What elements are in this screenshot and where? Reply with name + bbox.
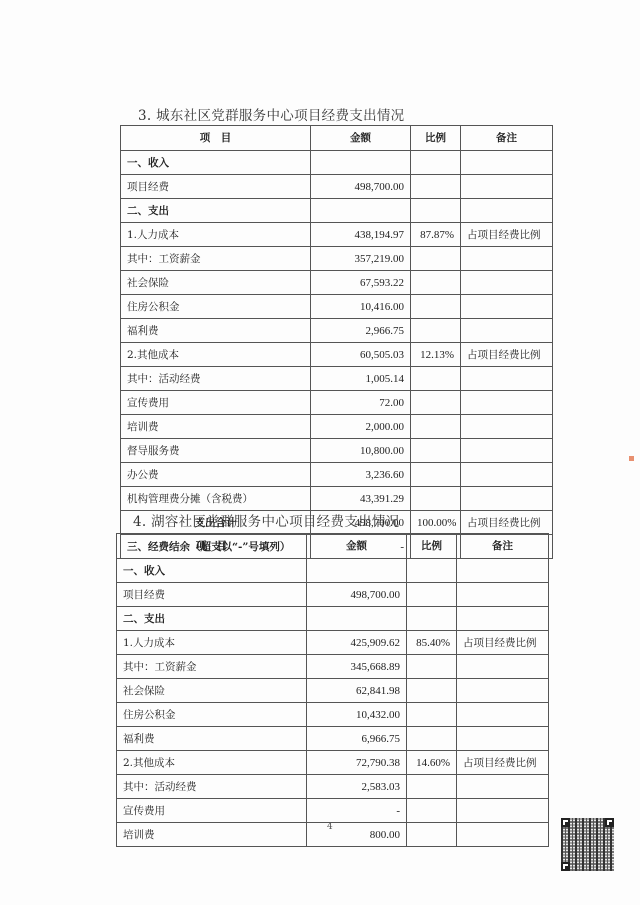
row-ratio <box>407 559 457 583</box>
row-note: 占项目经费比例 <box>461 511 553 535</box>
table-row: 机构管理费分摊（含税费）43,391.29 <box>121 487 553 511</box>
row-note <box>457 703 549 727</box>
table-row: 一、收入 <box>117 559 549 583</box>
row-amount: 3,236.60 <box>311 463 411 487</box>
qr-finder-icon <box>605 818 614 827</box>
row-item: 宣传费用 <box>121 391 311 415</box>
section-3-expense-table: 项 目 金额 比例 备注 一、收入 项目经费498,700.00 二、支出 1.… <box>120 125 553 559</box>
row-item: 其中：活动经费 <box>117 775 307 799</box>
row-note <box>461 247 553 271</box>
row-note <box>461 463 553 487</box>
row-ratio <box>411 487 461 511</box>
table-row: 项目经费498,700.00 <box>117 583 549 607</box>
row-item: 其中：工资薪金 <box>121 247 311 271</box>
header-item: 项 目 <box>117 534 307 559</box>
row-ratio: 12.13% <box>411 343 461 367</box>
table-row: 办公费3,236.60 <box>121 463 553 487</box>
row-note: 占项目经费比例 <box>461 343 553 367</box>
qr-finder-icon <box>561 862 570 871</box>
row-ratio: 87.87% <box>411 223 461 247</box>
table-row: 社会保险67,593.22 <box>121 271 553 295</box>
row-note <box>461 487 553 511</box>
row-note <box>457 655 549 679</box>
section-4-expense-table: 项 目 金额 比例 备注 一、收入 项目经费498,700.00 二、支出 1.… <box>116 533 549 847</box>
table-row: 福利费2,966.75 <box>121 319 553 343</box>
row-item: 一、收入 <box>121 151 311 175</box>
table-row: 二、支出 <box>117 607 549 631</box>
table-row: 2.其他成本60,505.0312.13%占项目经费比例 <box>121 343 553 367</box>
qr-code-icon <box>561 818 614 871</box>
row-item: 培训费 <box>121 415 311 439</box>
row-amount: 357,219.00 <box>311 247 411 271</box>
row-note <box>457 607 549 631</box>
table-row: 其中：工资薪金357,219.00 <box>121 247 553 271</box>
row-amount: 10,800.00 <box>311 439 411 463</box>
row-note <box>461 271 553 295</box>
row-amount: 60,505.03 <box>311 343 411 367</box>
row-amount: 2,966.75 <box>311 319 411 343</box>
row-item: 1.人力成本 <box>117 631 307 655</box>
table-row: 督导服务费10,800.00 <box>121 439 553 463</box>
row-item: 福利费 <box>117 727 307 751</box>
row-ratio <box>411 271 461 295</box>
row-amount: 498,700.00 <box>307 583 407 607</box>
row-amount: 800.00 <box>307 823 407 847</box>
row-amount: 43,391.29 <box>311 487 411 511</box>
row-item: 2.其他成本 <box>121 343 311 367</box>
row-amount: 10,432.00 <box>307 703 407 727</box>
header-note: 备注 <box>457 534 549 559</box>
row-amount: 2,000.00 <box>311 415 411 439</box>
table-row: 福利费6,966.75 <box>117 727 549 751</box>
table-row: 社会保险62,841.98 <box>117 679 549 703</box>
row-amount: 345,668.89 <box>307 655 407 679</box>
row-ratio <box>411 463 461 487</box>
table-row: 其中：活动经费2,583.03 <box>117 775 549 799</box>
row-note <box>457 727 549 751</box>
edge-stamp-mark <box>629 456 634 461</box>
table-row: 二、支出 <box>121 199 553 223</box>
row-ratio <box>407 727 457 751</box>
row-note <box>461 439 553 463</box>
row-note <box>461 199 553 223</box>
row-ratio <box>407 607 457 631</box>
row-amount: 438,194.97 <box>311 223 411 247</box>
row-note: 占项目经费比例 <box>457 631 549 655</box>
row-item: 住房公积金 <box>121 295 311 319</box>
row-amount <box>311 199 411 223</box>
row-item: 2.其他成本 <box>117 751 307 775</box>
row-amount: 6,966.75 <box>307 727 407 751</box>
table-row: 1.人力成本438,194.9787.87%占项目经费比例 <box>121 223 553 247</box>
row-item: 机构管理费分摊（含税费） <box>121 487 311 511</box>
row-amount: 498,700.00 <box>311 175 411 199</box>
row-note: 占项目经费比例 <box>457 751 549 775</box>
row-item: 二、支出 <box>117 607 307 631</box>
row-ratio <box>411 367 461 391</box>
row-item: 1.人力成本 <box>121 223 311 247</box>
section-3-title: 3. 城东社区党群服务中心项目经费支出情况 <box>138 104 404 124</box>
table-header-row: 项 目 金额 比例 备注 <box>121 126 553 151</box>
row-item: 其中：活动经费 <box>121 367 311 391</box>
row-note: 占项目经费比例 <box>461 223 553 247</box>
row-ratio <box>411 295 461 319</box>
row-ratio <box>411 439 461 463</box>
row-note <box>457 679 549 703</box>
row-item: 社会保险 <box>117 679 307 703</box>
row-amount <box>307 607 407 631</box>
row-item: 一、收入 <box>117 559 307 583</box>
row-amount: 1,005.14 <box>311 367 411 391</box>
row-amount: 72,790.38 <box>307 751 407 775</box>
page-number: 4 <box>327 822 333 832</box>
row-ratio <box>411 247 461 271</box>
header-ratio: 比例 <box>411 126 461 151</box>
row-ratio: 100.00% <box>411 511 461 535</box>
table-row: 宣传费用- <box>117 799 549 823</box>
row-ratio <box>407 799 457 823</box>
row-note <box>461 175 553 199</box>
row-amount: 67,593.22 <box>311 271 411 295</box>
table-row: 其中：工资薪金345,668.89 <box>117 655 549 679</box>
row-amount <box>311 151 411 175</box>
row-amount: 62,841.98 <box>307 679 407 703</box>
row-note <box>457 775 549 799</box>
table-row: 一、收入 <box>121 151 553 175</box>
row-ratio: 85.40% <box>407 631 457 655</box>
table-row: 2.其他成本72,790.3814.60%占项目经费比例 <box>117 751 549 775</box>
row-ratio <box>411 199 461 223</box>
table-row: 培训费2,000.00 <box>121 415 553 439</box>
table-row: 其中：活动经费1,005.14 <box>121 367 553 391</box>
row-ratio <box>411 151 461 175</box>
row-ratio: 14.60% <box>407 751 457 775</box>
row-amount: - <box>307 799 407 823</box>
row-item: 社会保险 <box>121 271 311 295</box>
row-ratio <box>411 319 461 343</box>
header-item: 项 目 <box>121 126 311 151</box>
row-item: 住房公积金 <box>117 703 307 727</box>
row-ratio <box>407 679 457 703</box>
row-note <box>461 295 553 319</box>
row-item: 项目经费 <box>117 583 307 607</box>
row-ratio <box>411 415 461 439</box>
row-note <box>457 583 549 607</box>
row-ratio <box>407 583 457 607</box>
row-item: 其中：工资薪金 <box>117 655 307 679</box>
header-ratio: 比例 <box>407 534 457 559</box>
row-amount: 425,909.62 <box>307 631 407 655</box>
row-item: 培训费 <box>117 823 307 847</box>
table-row: 住房公积金10,416.00 <box>121 295 553 319</box>
row-amount <box>307 559 407 583</box>
row-note <box>457 823 549 847</box>
row-item: 福利费 <box>121 319 311 343</box>
header-amount: 金额 <box>311 126 411 151</box>
row-amount: 2,583.03 <box>307 775 407 799</box>
qr-finder-icon <box>561 818 570 827</box>
row-ratio <box>407 655 457 679</box>
row-note <box>461 151 553 175</box>
row-ratio <box>411 175 461 199</box>
row-note <box>461 415 553 439</box>
section-4-title: 4. 湖容社区党群服务中心项目经费支出情况 <box>133 510 399 530</box>
row-note <box>461 367 553 391</box>
row-item: 项目经费 <box>121 175 311 199</box>
row-amount: 10,416.00 <box>311 295 411 319</box>
row-note <box>457 559 549 583</box>
row-note <box>457 799 549 823</box>
row-item: 宣传费用 <box>117 799 307 823</box>
table-header-row: 项 目 金额 比例 备注 <box>117 534 549 559</box>
row-ratio <box>407 703 457 727</box>
table-row: 住房公积金10,432.00 <box>117 703 549 727</box>
row-item: 二、支出 <box>121 199 311 223</box>
table-row: 宣传费用72.00 <box>121 391 553 415</box>
table-row: 项目经费498,700.00 <box>121 175 553 199</box>
row-item: 督导服务费 <box>121 439 311 463</box>
row-item: 办公费 <box>121 463 311 487</box>
row-ratio <box>407 823 457 847</box>
header-amount: 金额 <box>307 534 407 559</box>
row-amount: 72.00 <box>311 391 411 415</box>
row-ratio <box>411 391 461 415</box>
table-row: 1.人力成本425,909.6285.40%占项目经费比例 <box>117 631 549 655</box>
header-note: 备注 <box>461 126 553 151</box>
row-note <box>461 391 553 415</box>
row-note <box>461 319 553 343</box>
row-ratio <box>407 775 457 799</box>
